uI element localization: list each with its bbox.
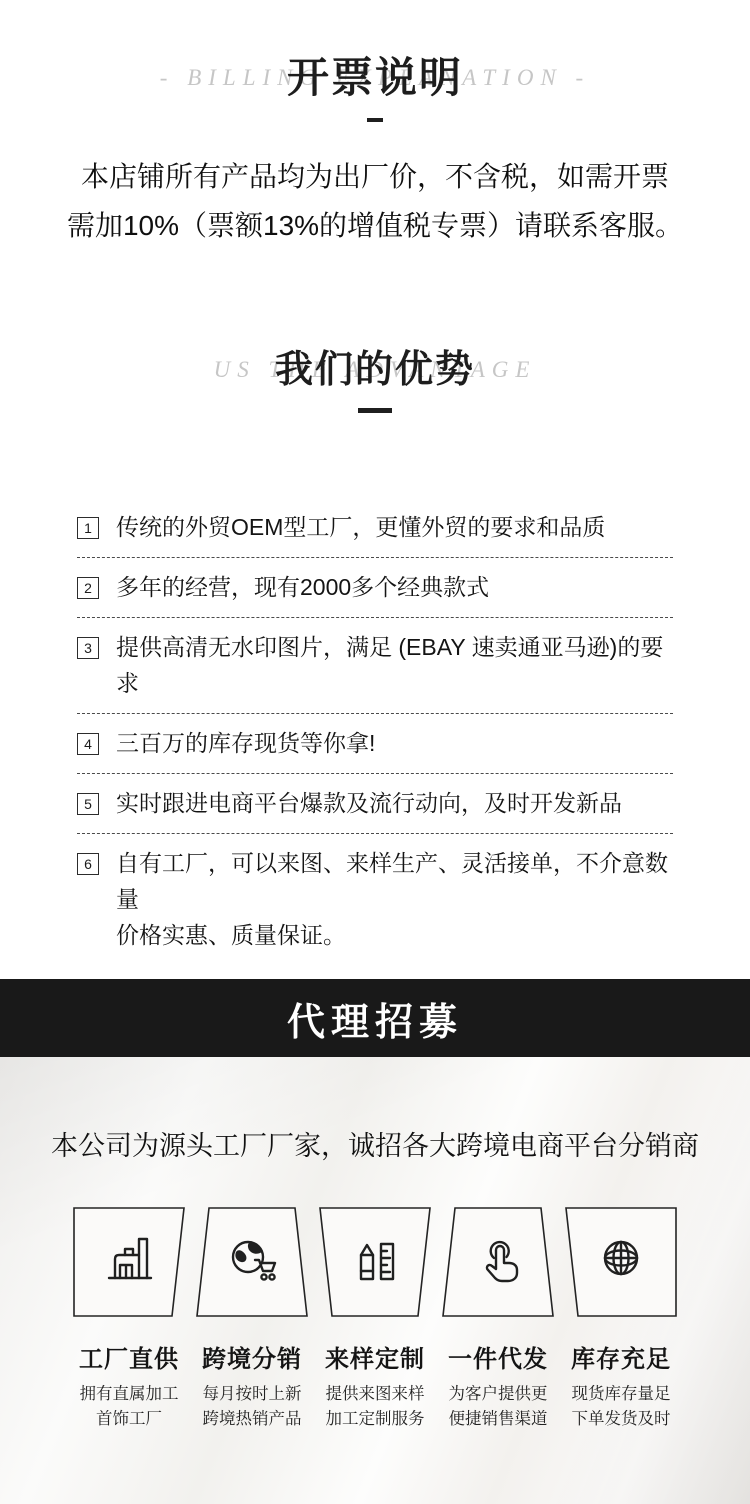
feature-desc-line-2: 便捷销售渠道 [442,1407,554,1432]
billing-section: - BILLING EXPLANATION - 开票说明 本店铺所有产品均为出厂… [0,0,750,250]
advantage-item-text: 传统的外贸OEM型工厂，更懂外贸的要求和品质 [116,509,605,545]
feature-box-shape [196,1207,308,1317]
billing-text-line-1: 本店铺所有产品均为出厂价，不含税，如需开票 [0,152,750,201]
advantage-item-2: 2 多年的经营，现有2000多个经典款式 [77,558,673,618]
feature-label: 跨境分销 [196,1344,308,1376]
recruit-banner-title: 代理招募 [287,991,463,1046]
recruit-intro: 本公司为源头工厂厂家，诚招各大跨境电商平台分销商 [0,1057,750,1165]
feature-card-stock: 库存充足 现货库存量足 下单发货及时 [565,1207,677,1432]
feature-desc-line-1: 提供来图来样 [319,1382,431,1407]
item-number: 6 [84,856,92,872]
item-number-box: 1 [77,517,99,539]
globe-grid-icon [605,1242,637,1274]
advantage-item-text: 三百万的库存现货等你拿! [116,725,375,761]
feature-card-distribution: 跨境分销 每月按时上新 跨境热销产品 [196,1207,308,1432]
advantage-item-text: 实时跟进电商平台爆款及流行动向，及时开发新品 [116,785,622,821]
item-number: 4 [84,736,92,752]
feature-desc-line-2: 加工定制服务 [319,1407,431,1432]
item-number: 2 [84,580,92,596]
advantage-item-1: 1 传统的外贸OEM型工厂，更懂外贸的要求和品质 [77,498,673,558]
item-number: 1 [84,520,92,536]
feature-card-dropship: 一件代发 为客户提供更 便捷销售渠道 [442,1207,554,1432]
feature-desc-line-2: 跨境热销产品 [196,1407,308,1432]
item-number-box: 6 [77,853,99,875]
feature-box-shape [442,1207,554,1317]
item-number-box: 4 [77,733,99,755]
item-number: 5 [84,796,92,812]
advantages-section: US THE ADVANTAGE 我们的优势 [0,346,750,413]
feature-label: 一件代发 [442,1344,554,1376]
item-number-box: 5 [77,793,99,815]
advantages-title-block: US THE ADVANTAGE 我们的优势 [0,346,750,394]
item-number-box: 2 [77,577,99,599]
feature-box-shape [319,1207,431,1317]
feature-card-custom: 来样定制 提供来图来样 加工定制服务 [319,1207,431,1432]
billing-title-dash [367,118,383,122]
billing-title: 开票说明 [0,52,750,104]
feature-label: 库存充足 [565,1344,677,1376]
advantages-title: 我们的优势 [0,346,750,394]
billing-text-line-2: 需加10%（票额13%的增值税专票）请联系客服。 [0,201,750,250]
recruit-banner: 代理招募 [0,979,750,1057]
feature-label: 来样定制 [319,1344,431,1376]
advantage-item-3: 3 提供高清无水印图片，满足 (EBAY 速卖通亚马逊)的要求 [77,618,673,714]
features-row: 工厂直供 拥有直属加工 首饰工厂 [0,1207,750,1432]
feature-box-shape [565,1207,677,1317]
product-detail-page: - BILLING EXPLANATION - 开票说明 本店铺所有产品均为出厂… [0,0,750,1504]
item-number-box: 3 [77,637,99,659]
feature-desc-line-1: 现货库存量足 [565,1382,677,1407]
feature-desc-line-2: 首饰工厂 [73,1407,185,1432]
feature-label: 工厂直供 [73,1344,185,1376]
advantages-list: 1 传统的外贸OEM型工厂，更懂外贸的要求和品质 2 多年的经营，现有2000多… [77,498,673,965]
advantage-item-text: 多年的经营，现有2000多个经典款式 [116,569,489,605]
billing-title-block: - BILLING EXPLANATION - 开票说明 [0,52,750,104]
advantage-item-text: 提供高清无水印图片，满足 (EBAY 速卖通亚马逊)的要求 [116,629,673,701]
advantage-item-4: 4 三百万的库存现货等你拿! [77,714,673,774]
feature-box-shape [73,1207,185,1317]
feature-desc-line-1: 拥有直属加工 [73,1382,185,1407]
advantage-item-text: 自有工厂，可以来图、来样生产、灵活接单，不介意数量 价格实惠、质量保证。 [116,845,673,953]
feature-desc-line-1: 每月按时上新 [196,1382,308,1407]
advantage-item-6: 6 自有工厂，可以来图、来样生产、灵活接单，不介意数量 价格实惠、质量保证。 [77,834,673,965]
advantages-title-dash [358,408,392,413]
feature-card-factory: 工厂直供 拥有直属加工 首饰工厂 [73,1207,185,1432]
feature-desc-line-1: 为客户提供更 [442,1382,554,1407]
recruit-section: 本公司为源头工厂厂家，诚招各大跨境电商平台分销商 [0,1057,750,1504]
item-number: 3 [84,640,92,656]
feature-desc-line-2: 下单发货及时 [565,1407,677,1432]
advantage-item-5: 5 实时跟进电商平台爆款及流行动向，及时开发新品 [77,774,673,834]
